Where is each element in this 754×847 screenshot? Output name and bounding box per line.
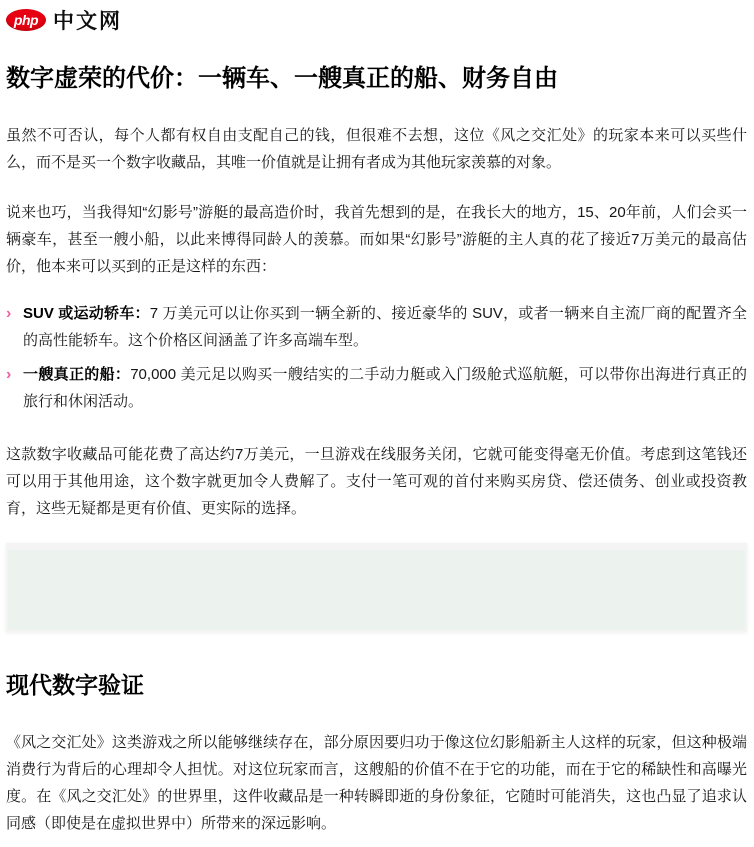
paragraph-section2: 《风之交汇处》这类游戏之所以能够继续存在，部分原因要归功于像这位幻影船新主人这样… [6,729,747,837]
paragraph-intro-2: 说来也巧，当我得知“幻影号”游艇的最高造价时，我首先想到的是，在我长大的地方，1… [6,199,747,280]
article-title: 数字虚荣的代价：一辆车、一艘真正的船、财务自由 [6,62,747,95]
ad-placeholder [6,543,747,632]
paragraph-intro-1: 虽然不可否认，每个人都有权自由支配自己的钱，但很难不去想，这位《风之交汇处》的玩… [6,122,747,176]
bullet-lead: SUV 或运动轿车： [23,305,150,322]
paragraph-value: 这款数字收藏品可能花费了高达约7万美元，一旦游戏在线服务关闭，它就可能变得毫无价… [6,441,747,522]
site-logo-text: 中文网 [53,5,122,35]
bullet-text: 70,000 美元足以购买一艘结实的二手动力艇或入门级舱式巡航艇，可以带你出海进… [23,366,747,410]
article-page: php 中文网 数字虚荣的代价：一辆车、一艘真正的船、财务自由 虽然不可否认，每… [0,0,754,847]
bullet-lead: 一艘真正的船： [23,366,130,383]
section-title: 现代数字验证 [6,669,747,701]
article-body: 数字虚荣的代价：一辆车、一艘真正的船、财务自由 虽然不可否认，每个人都有权自由支… [6,62,747,837]
list-item-suv: ›SUV 或运动轿车：7 万美元可以让你买到一辆全新的、接近豪华的 SUV，或者… [6,300,747,354]
php-logo-icon: php [6,9,46,31]
list-item-boat: ›一艘真正的船：70,000 美元足以购买一艘结实的二手动力艇或入门级舱式巡航艇… [6,361,747,415]
site-header: php 中文网 [6,5,747,35]
chevron-bullet-icon: › [6,361,11,388]
chevron-bullet-icon: › [6,300,11,327]
site-logo[interactable]: php 中文网 [6,5,122,35]
bullet-list: ›SUV 或运动轿车：7 万美元可以让你买到一辆全新的、接近豪华的 SUV，或者… [6,300,747,415]
ad-placeholder-inner [8,550,745,630]
